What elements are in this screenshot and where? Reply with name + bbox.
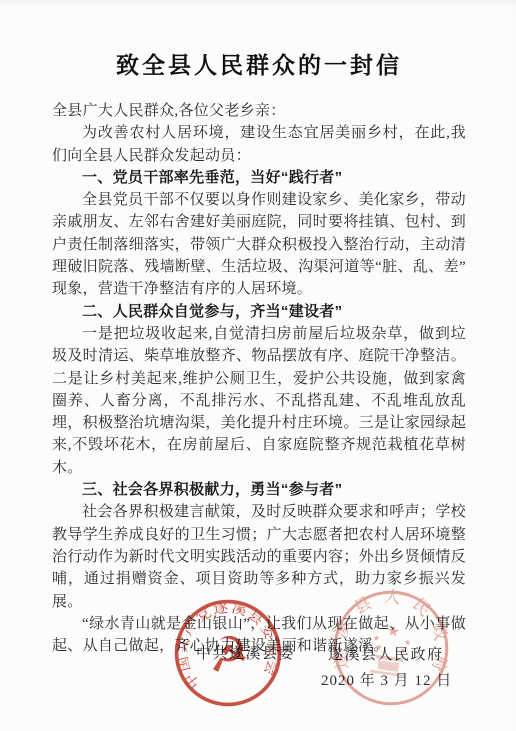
section-3-paragraph: 社会各界积极建言献策，及时反映群众要求和呼声；学校教导学生养成良好的卫生习惯；广… (52, 501, 466, 612)
intro-paragraph: 为改善农村人居环境，建设生态宜居美丽乡村，在此,我们向全县人民群众发起动员： (52, 122, 466, 167)
salutation: 全县广大人民群众,各位父老乡亲： (52, 100, 466, 122)
section-3-heading: 三、社会各界积极献力，勇当“参与者” (52, 479, 466, 501)
letter-title: 致全县人民群众的一封信 (52, 50, 466, 80)
section-1-heading: 一、党员干部率先垂范，当好“践行者” (52, 167, 466, 189)
signature-date: 2020 年 3 月 12 日 (321, 669, 452, 690)
section-2-heading: 二、人民群众自觉参与，齐当“建设者” (52, 301, 466, 323)
section-1-paragraph: 全县党员干部不仅要以身作则建设家乡、美化家乡，带动亲戚朋友、左邻右舍建好美丽庭院… (52, 189, 466, 300)
section-2-paragraph: 一是把垃圾收起来,自觉清扫房前屋后垃圾杂草，做到垃圾及时清运、柴草堆放整齐、物品… (52, 323, 466, 479)
letter-body: 全县广大人民群众,各位父老乡亲： 为改善农村人居环境，建设生态宜居美丽乡村，在此… (52, 100, 466, 657)
closing-paragraph: “绿水青山就是金山银山”，让我们从现在做起、从小事做起、从自己做起，齐心协力建设… (52, 613, 466, 658)
letter-content: 致全县人民群众的一封信 全县广大人民群众,各位父老乡亲： 为改善农村人居环境，建… (52, 0, 466, 657)
letter-page: 致全县人民群众的一封信 全县广大人民群众,各位父老乡亲： 为改善农村人居环境，建… (0, 0, 516, 731)
